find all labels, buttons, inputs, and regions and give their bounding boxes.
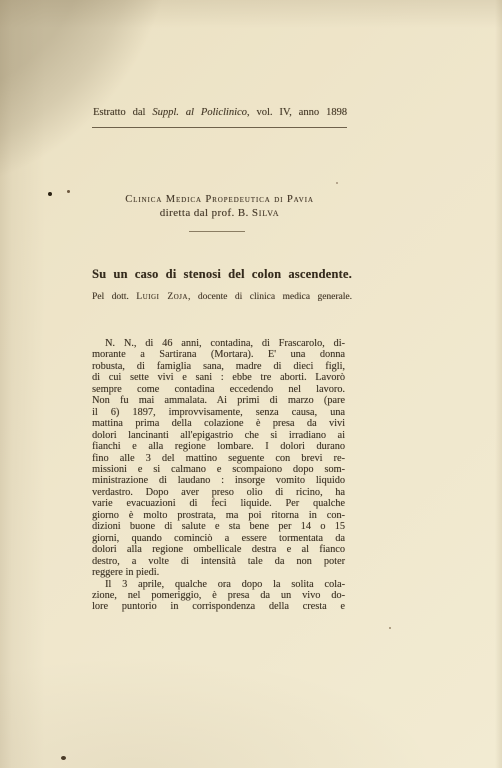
body-text-line: missioni e si calmano e scompaiono dopo … (92, 464, 345, 475)
author-suffix: , docente di clinica medica generale. (188, 292, 352, 302)
body-text-line: di cui sette vivi e sani : ebbe tre abor… (92, 372, 345, 383)
ink-speck (389, 627, 391, 629)
body-text-line: zione, nel pomeriggio, è presa da un viv… (92, 590, 345, 601)
institute-director: diretta dal prof. B. Silva (93, 207, 346, 219)
article-author-line: Pel dott. Luigi Zoja, docente di clinica… (92, 292, 352, 302)
body-text-line: destro, a volte di intensità tale da non… (92, 556, 345, 567)
imprint-journal-name: Suppl. al Policlinico (152, 107, 247, 118)
body-text-line: Il 3 aprile, qualche ora dopo la solita … (92, 579, 345, 590)
journal-imprint: Estratto dal Suppl. al Policlinico, vol.… (93, 106, 347, 120)
body-text-line: verdastro. Dopo aver preso olio di ricin… (92, 487, 345, 498)
body-text-line: fianchi e alla regione lombare. I dolori… (92, 441, 345, 452)
body-text-line: giorni, quando cominciò a essere torment… (92, 533, 345, 544)
body-text-line: fino alle 3 del mattino seguente con bre… (92, 453, 345, 464)
imprint-underline (92, 127, 347, 128)
scanned-document-page: Estratto dal Suppl. al Policlinico, vol.… (0, 0, 502, 768)
ink-speck (48, 192, 52, 196)
body-text-line: varie evacuazioni di feci liquide. Per q… (92, 498, 345, 509)
body-text-line: sempre come contadina eccedendo nel lavo… (92, 384, 345, 395)
ink-speck (67, 190, 70, 193)
body-text-line: il 6) 1897, improvvisamente, senza causa… (92, 407, 345, 418)
imprint-prefix: Estratto dal (93, 107, 152, 118)
body-text-line: morante a Sartirana (Mortara). E' una do… (92, 349, 345, 360)
body-text-line: giorno è molto prostrata, ma poi ritorna… (92, 510, 345, 521)
author-prefix: Pel dott. (92, 292, 136, 302)
director-prefix: diretta dal prof. B. (160, 207, 252, 219)
body-text-line: dizioni buone di salute e sta bene per 1… (92, 521, 345, 532)
section-divider-rule (189, 231, 245, 232)
article-title: Su un caso di stenosi del colon ascenden… (92, 267, 352, 282)
body-text-line: reggere in piedi. (92, 567, 345, 578)
body-text-line: N. N., di 46 anni, contadina, di Frascar… (92, 338, 345, 349)
director-name: Silva (252, 207, 279, 219)
body-text-line: ministrazione di laudano : insorge vomit… (92, 475, 345, 486)
body-text-line: Non fu mai ammalata. Ai primi di marzo (… (92, 395, 345, 406)
body-text-line: dolori lancinanti all'epigastrio che si … (92, 430, 345, 441)
institute-name: Clinica Medica Propedeutica di Pavia (93, 194, 346, 205)
author-name: Luigi Zoja (136, 292, 188, 302)
body-text: N. N., di 46 anni, contadina, di Frascar… (92, 338, 345, 613)
body-text-line: robusta, di famiglia sana, madre di diec… (92, 361, 345, 372)
body-text-line: dolori alla regione ombellicale destra e… (92, 544, 345, 555)
body-text-line: mattina prima della colazione è presa da… (92, 418, 345, 429)
body-text-line: lore puntorio in corrispondenza della cr… (92, 601, 345, 612)
imprint-suffix: , vol. IV, anno 1898 (247, 107, 347, 118)
ink-speck (336, 182, 338, 184)
ink-speck (61, 756, 66, 760)
institute-block: Clinica Medica Propedeutica di Pavia dir… (93, 194, 346, 219)
